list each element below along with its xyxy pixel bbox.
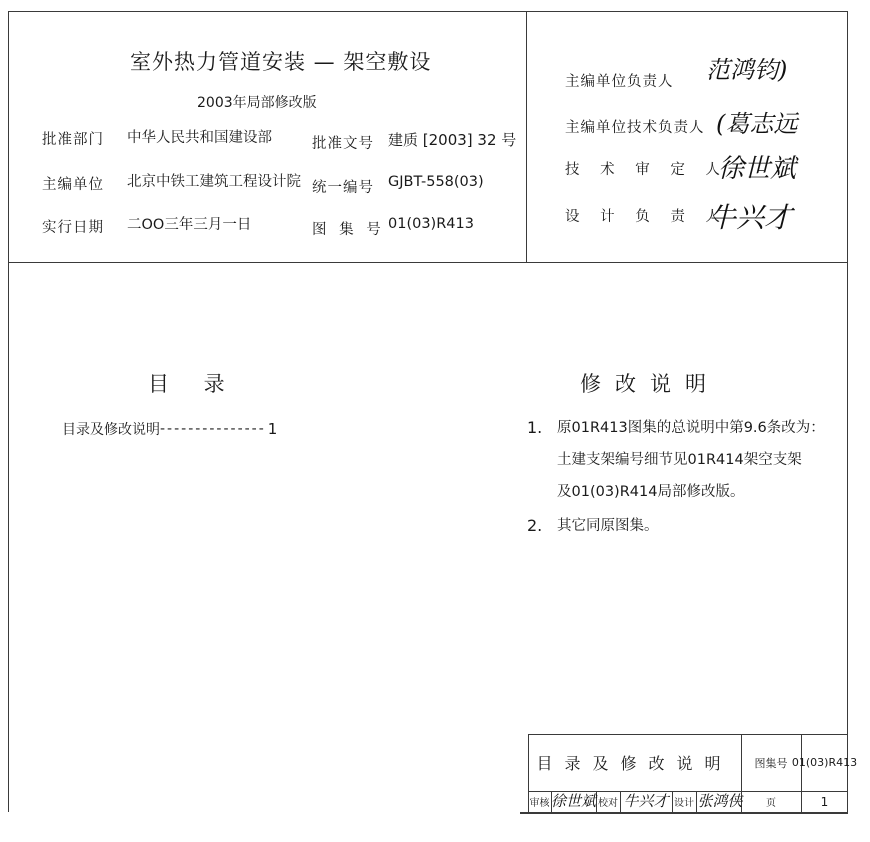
approval-dept-value: 中华人民共和国建设部 bbox=[127, 126, 272, 147]
approval-doc-label: 批准文号 bbox=[312, 132, 374, 153]
revision-item-1: 1. 原01R413图集的总说明中第9.6条改为： 土建支架编号细节见01R41… bbox=[527, 412, 825, 508]
atlas-value: 01(03)R413 bbox=[801, 734, 848, 791]
revision-item-1-number: 1. bbox=[527, 412, 557, 508]
approval-dept-label: 批准部门 bbox=[42, 128, 104, 149]
check-label: 校对 bbox=[596, 791, 620, 812]
revision-item-1-line-1: 原01R413图集的总说明中第9.6条改为： bbox=[557, 412, 825, 444]
chief-unit-head-signature: 范鸿钧) bbox=[706, 50, 787, 85]
design-signature: 张鸿侠 bbox=[696, 786, 744, 814]
toc-item-label: 目录及修改说明 bbox=[62, 419, 160, 439]
toc-heading: 目 录 bbox=[148, 368, 239, 398]
editor-unit-label: 主编单位 bbox=[42, 173, 104, 194]
review-label: 审核 bbox=[528, 791, 551, 812]
editor-unit-value: 北京中铁工建筑工程设计院 bbox=[127, 170, 301, 191]
header-divider bbox=[8, 262, 848, 263]
approval-doc-value: 建质 [2003] 32 号 bbox=[388, 129, 516, 150]
revision-item-2: 2. 其它同原图集。 bbox=[527, 510, 659, 542]
sheet-title: 目录及修改说明 bbox=[528, 734, 741, 791]
header-vertical-divider bbox=[526, 11, 527, 262]
revision-item-1-line-3: 及01(03)R414局部修改版。 bbox=[557, 476, 825, 508]
tech-reviewer-label: 技 术 审 定 人 bbox=[565, 158, 728, 179]
tech-reviewer-signature: 徐世斌 bbox=[718, 148, 796, 185]
atlas-number-label: 图 集 号 bbox=[312, 218, 385, 239]
unified-code-value: GJBT-558(03) bbox=[388, 174, 484, 190]
effective-date-value: 二OO三年三月一日 bbox=[127, 213, 251, 234]
toc-item[interactable]: 目录及修改说明 --------------- 1 bbox=[62, 419, 277, 439]
toc-item-page: 1 bbox=[268, 420, 278, 438]
chief-tech-head-label: 主编单位技术负责人 bbox=[565, 116, 705, 137]
revision-heading: 修改说明 bbox=[580, 368, 720, 398]
document-subtitle: 2003年局部修改版 bbox=[197, 92, 317, 112]
review-signature: 徐世斌 bbox=[551, 786, 596, 814]
toc-item-leader: --------------- bbox=[160, 421, 266, 437]
check-signature: 牛兴才 bbox=[620, 786, 672, 814]
revision-item-1-line-2: 土建支架编号细节见01R414架空支架 bbox=[557, 444, 825, 476]
unified-code-label: 统一编号 bbox=[312, 176, 374, 197]
page-value: 1 bbox=[801, 791, 848, 812]
revision-item-2-number: 2. bbox=[527, 510, 557, 542]
revision-item-2-line-1: 其它同原图集。 bbox=[557, 510, 659, 542]
design-lead-signature: 牛兴才 bbox=[708, 196, 792, 236]
design-label: 设计 bbox=[672, 791, 696, 812]
chief-unit-head-label: 主编单位负责人 bbox=[565, 70, 674, 91]
document-title: 室外热力管道安装 — 架空敷设 bbox=[130, 46, 431, 76]
design-lead-label: 设 计 负 责 人 bbox=[565, 205, 728, 226]
page-label: 页 bbox=[741, 791, 801, 812]
chief-tech-head-signature: (葛志远 bbox=[716, 104, 797, 139]
atlas-number-value: 01(03)R413 bbox=[388, 216, 474, 232]
effective-date-label: 实行日期 bbox=[42, 216, 104, 237]
